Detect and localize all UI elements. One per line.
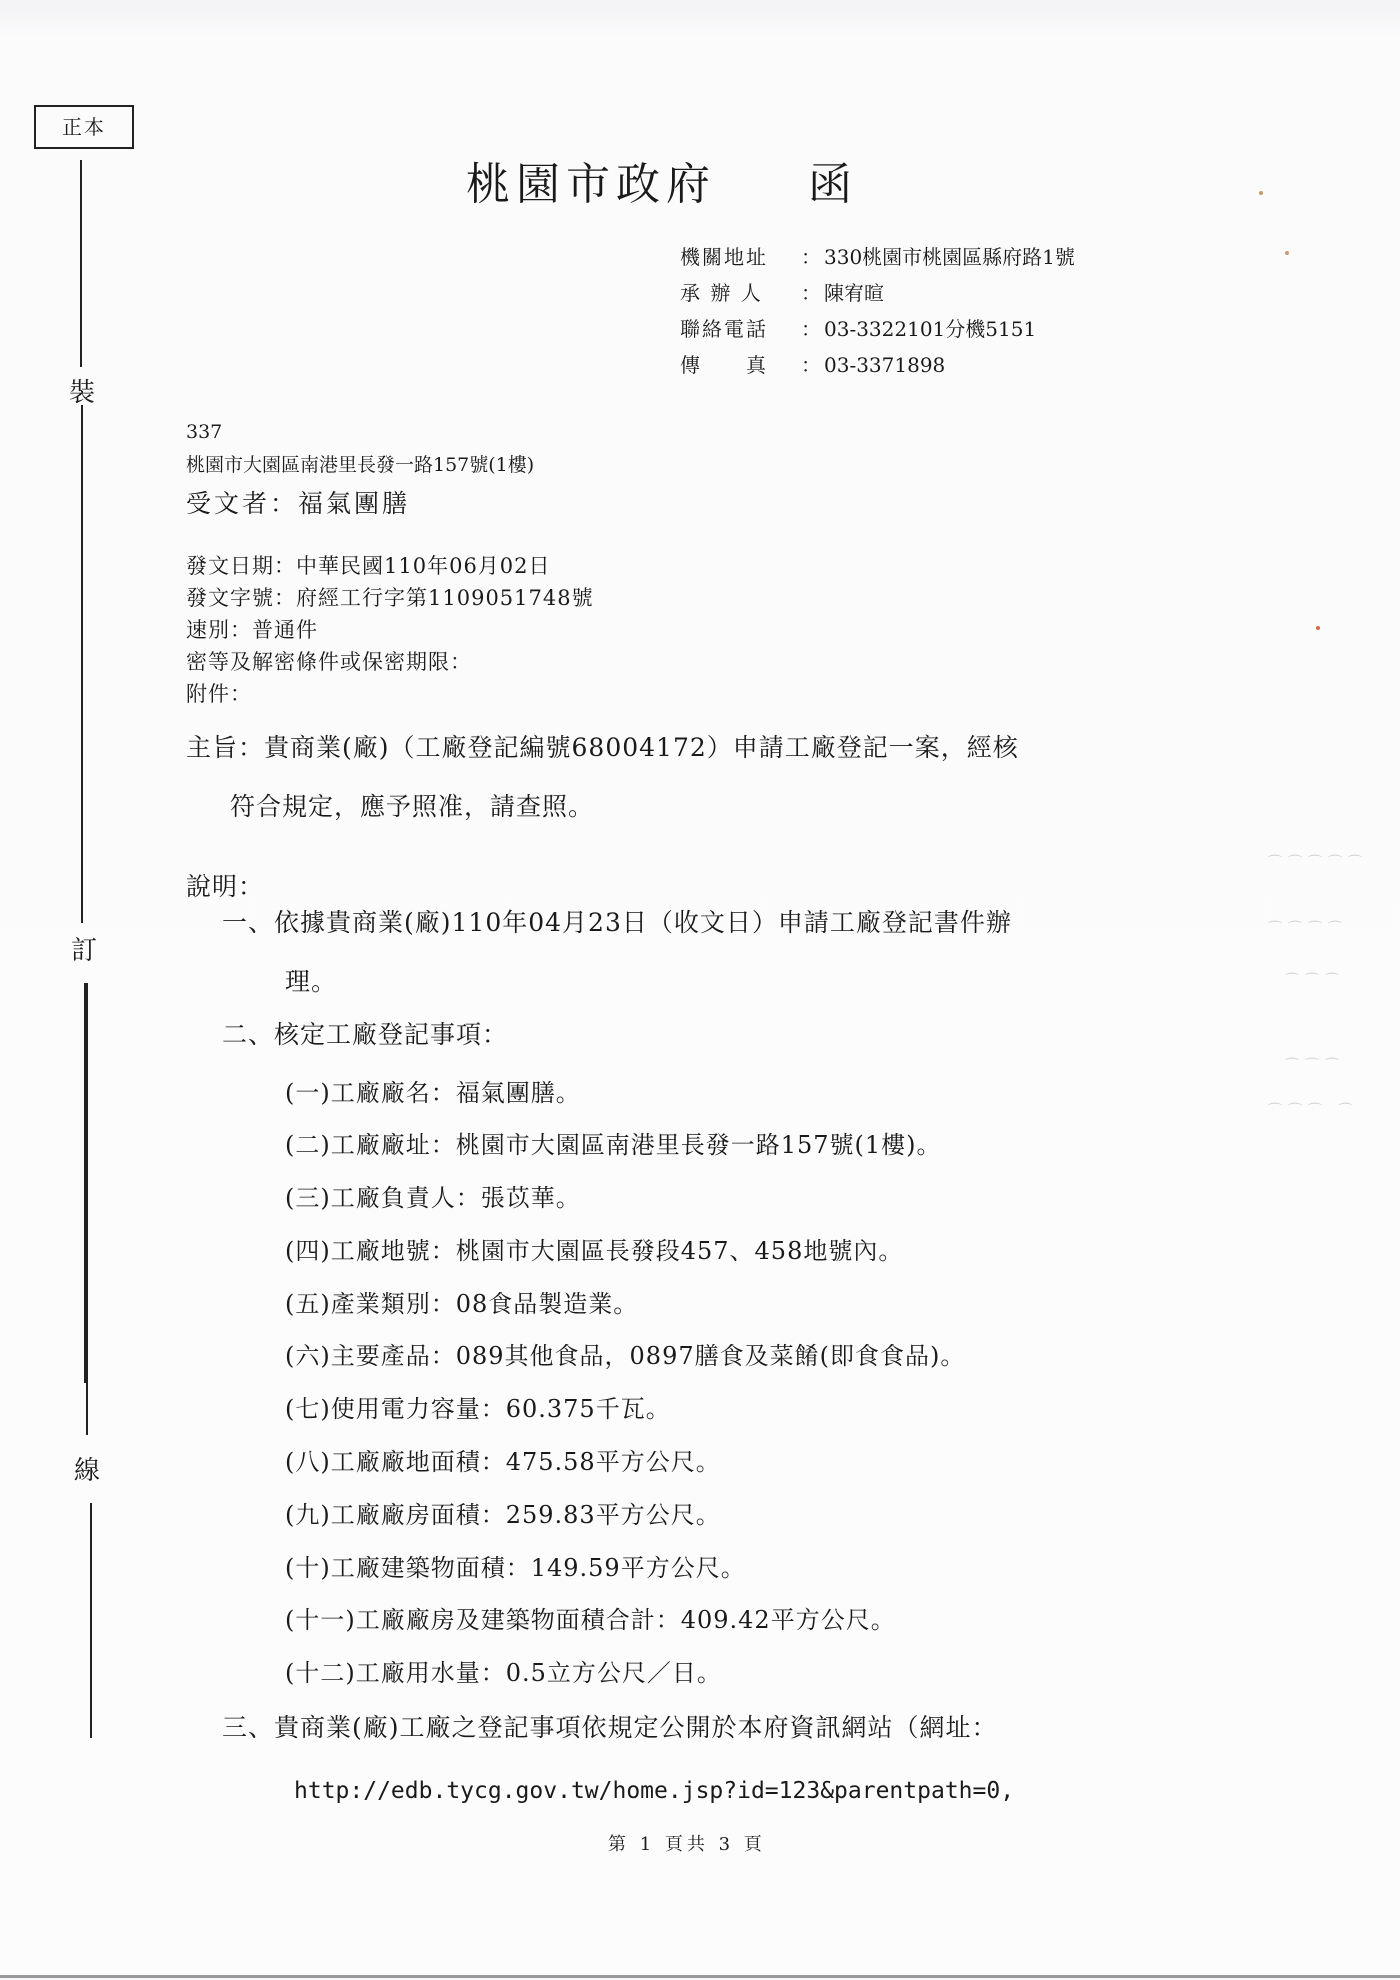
paper-speck	[1259, 191, 1263, 195]
phone-row: 聯絡電話：03-3322101分機5151	[680, 313, 1036, 342]
list-item: (四)工廠地號：桃園市大園區長發段457、458地號內。	[285, 1231, 903, 1266]
binding-label-xian: 線	[67, 1450, 107, 1487]
agency-address-row: 機關地址：330桃園市桃園區縣府路1號	[680, 241, 1075, 270]
classification: 密等及解密條件或保密期限：	[186, 646, 472, 676]
handler-value: 陳宥暄	[824, 281, 884, 305]
perforation-marks: ⌒⌒⌒	[1285, 970, 1345, 990]
binding-line-segment	[86, 983, 88, 1435]
handler-label: 承 辦 人	[680, 277, 798, 306]
list-item: (二)工廠廠址：桃園市大園區南港里長發一路157號(1樓)。	[285, 1125, 942, 1160]
recipient-postal-code: 337	[186, 421, 222, 443]
list-item: (八)工廠廠地面積：475.58平方公尺。	[285, 1442, 721, 1477]
original-copy-stamp: 正本	[34, 105, 134, 149]
list-item: (十)工廠建築物面積：149.59平方公尺。	[285, 1548, 746, 1583]
fax-label: 傳 真	[680, 349, 798, 378]
agency-address-value: 330桃園市桃園區縣府路1號	[824, 245, 1075, 269]
explanation-item-1-line-2: 理。	[285, 962, 337, 998]
handler-row: 承 辦 人：陳宥暄	[680, 277, 884, 306]
list-item: (十二)工廠用水量：0.5立方公尺／日。	[285, 1653, 722, 1688]
priority: 速別：普通件	[186, 614, 318, 644]
attachments: 附件：	[186, 678, 252, 708]
issue-date: 發文日期：中華民國110年06月02日	[186, 550, 551, 580]
binding-line-segment	[81, 405, 83, 923]
agency-address-label: 機關地址	[680, 241, 798, 270]
page-indicator: 第 1 頁共 3 頁	[608, 1830, 766, 1856]
subject-line-1: 主旨：貴商業(廠)（工廠登記編號68004172）申請工廠登記一案，經核	[186, 728, 1019, 764]
list-item: (五)產業類別：08食品製造業。	[285, 1284, 638, 1319]
fax-value: 03-3371898	[824, 353, 945, 377]
paper-speck	[1316, 626, 1320, 630]
binding-label-zhuang: 裝	[62, 372, 102, 409]
subject-line-2: 符合規定，應予照准，請查照。	[230, 787, 594, 823]
list-item: (九)工廠廠房面積：259.83平方公尺。	[285, 1495, 721, 1530]
binding-label-ding: 訂	[64, 930, 104, 967]
explanation-heading: 說明：	[186, 867, 264, 903]
phone-value: 03-3322101分機5151	[824, 317, 1036, 341]
perforation-marks: ⌒⌒⌒	[1285, 1055, 1345, 1075]
fax-row: 傳 真：03-3371898	[680, 349, 945, 378]
perforation-marks: ⌒⌒⌒⌒⌒	[1268, 852, 1368, 872]
binding-line-segment	[80, 160, 82, 367]
document-number: 發文字號：府經工行字第1109051748號	[186, 582, 594, 612]
explanation-item-2-heading: 二、核定工廠登記事項：	[222, 1015, 508, 1051]
recipient-line: 受文者：福氣團膳	[186, 484, 410, 520]
document-page: 正本 裝 訂 線 桃園市政府 函 機關地址：330桃園市桃園區縣府路1號 承 辦…	[0, 0, 1400, 1978]
recipient-address: 桃園市大園區南港里長發一路157號(1樓)	[186, 450, 534, 477]
phone-label: 聯絡電話	[680, 313, 798, 342]
explanation-item-1-line-1: 一、依據貴商業(廠)110年04月23日（收文日）申請工廠登記書件辦	[222, 903, 1012, 939]
list-item: (七)使用電力容量：60.375千瓦。	[285, 1389, 671, 1424]
document-type: 函	[808, 148, 852, 212]
agency-title: 桃園市政府	[466, 148, 716, 212]
list-item: (三)工廠負責人：張苡華。	[285, 1178, 581, 1213]
list-item: (六)主要產品：089其他食品，0897膳食及菜餚(即食食品)。	[285, 1336, 965, 1371]
list-item: (十一)工廠廠房及建築物面積合計：409.42平方公尺。	[285, 1600, 896, 1635]
list-item: (一)工廠廠名：福氣團膳。	[285, 1073, 581, 1108]
binding-line-segment	[90, 1503, 92, 1738]
website-url[interactable]: http://edb.tycg.gov.tw/home.jsp?id=123&p…	[294, 1778, 1014, 1804]
explanation-item-3-line-1: 三、貴商業(廠)工廠之登記事項依規定公開於本府資訊網站（網址：	[222, 1708, 998, 1744]
perforation-marks: ⌒⌒⌒⌒	[1268, 918, 1348, 938]
perforation-marks: ⌒⌒⌒ ⌒	[1268, 1100, 1358, 1120]
paper-speck	[1285, 251, 1289, 255]
